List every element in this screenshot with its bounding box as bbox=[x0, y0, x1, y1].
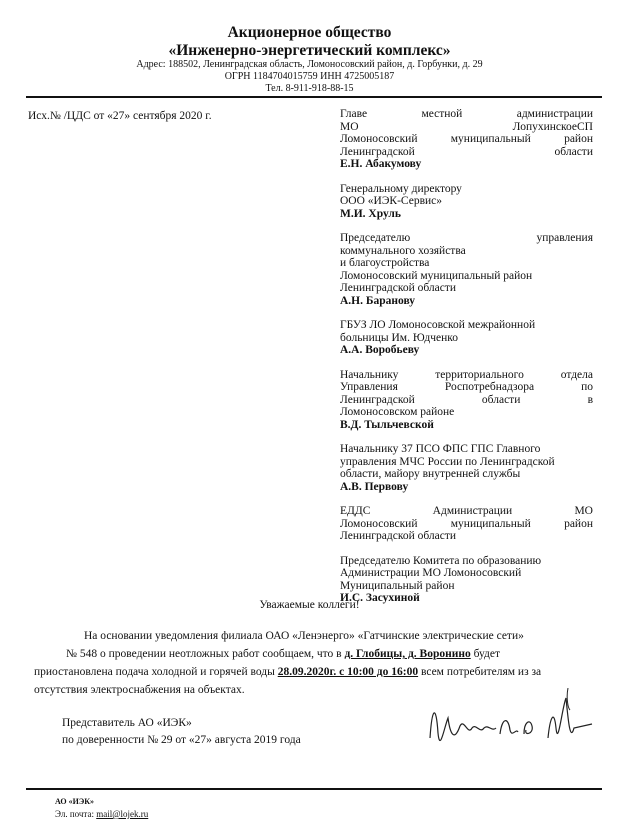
outgoing-number: Исх.№ /ЦДС от «27» сентября 2020 г. bbox=[28, 110, 212, 122]
body-line-2: № 548 о проведении неотложных работ сооб… bbox=[34, 645, 594, 663]
body-text: будет bbox=[471, 648, 500, 660]
addressee-line: Председателю Комитета по образованию bbox=[340, 555, 593, 568]
addressee-line: Ломоносовский муниципальный район bbox=[340, 270, 593, 283]
addressee-name: Е.Н. Абакумову bbox=[340, 158, 593, 171]
addressee-line: Ломоносовском районе bbox=[340, 406, 593, 419]
addressee-line: Ленинградской области bbox=[340, 530, 593, 543]
addressee-line: Начальнику 37 ПСО ФПС ГПС Главного bbox=[340, 443, 593, 456]
addressee-line: и благоустройства bbox=[340, 257, 593, 270]
greeting: Уважаемые коллеги! bbox=[0, 599, 619, 611]
addressee-line: Генеральному директору bbox=[340, 183, 593, 196]
addressee-block: Генеральному директоруООО «ИЭК-Сервис»М.… bbox=[340, 183, 593, 221]
org-name-heading: «Инженерно-энергетический комплекс» bbox=[0, 42, 619, 60]
addressee-line: Ленинградской области в bbox=[340, 394, 593, 407]
addressee-line: Муниципальный район bbox=[340, 580, 593, 593]
addressee-line: МО ЛопухинскоеСП bbox=[340, 121, 593, 134]
addressee-line: больницы Им. Юдченко bbox=[340, 332, 593, 345]
addressee-block: Главе местной администрацииМО Лопухинско… bbox=[340, 108, 593, 171]
handwritten-signature bbox=[420, 688, 610, 768]
addressee-name: М.И. Хруль bbox=[340, 208, 593, 221]
addressee-line: Управления Роспотребнадзора по bbox=[340, 381, 593, 394]
addressee-block: Председателю управлениякоммунального хоз… bbox=[340, 232, 593, 307]
footer-email-line: Эл. почта: mail@lojek.ru bbox=[55, 808, 148, 820]
footer: АО «ИЭК» Эл. почта: mail@lojek.ru bbox=[55, 796, 148, 820]
addressee-line: Ломоносовский муниципальный район bbox=[340, 133, 593, 146]
addressee-block: Начальнику 37 ПСО ФПС ГПС Главногоуправл… bbox=[340, 443, 593, 493]
addressee-line: ЕДДС Администрации МО bbox=[340, 505, 593, 518]
addressee-line: управления МЧС России по Ленинградской bbox=[340, 456, 593, 469]
addressee-line: ООО «ИЭК-Сервис» bbox=[340, 195, 593, 208]
org-type-heading: Акционерное общество bbox=[0, 24, 619, 42]
addressee-line: Администрации МО Ломоносовский bbox=[340, 567, 593, 580]
org-phone: Тел. 8-911-918-88-15 bbox=[0, 83, 619, 94]
email-link[interactable]: mail@lojek.ru bbox=[96, 809, 148, 819]
addressee-block: Председателю Комитета по образованиюАдми… bbox=[340, 555, 593, 605]
addressee-line: Председателю управления bbox=[340, 232, 593, 245]
addressee-line: ГБУЗ ЛО Ломоносовской межрайонной bbox=[340, 319, 593, 332]
footer-org: АО «ИЭК» bbox=[55, 796, 148, 808]
addressee-name: В.Д. Тыльчевской bbox=[340, 419, 593, 432]
villages-highlight: д. Глобицы, д. Воронино bbox=[344, 648, 470, 660]
representative-title: Представитель АО «ИЭК» bbox=[62, 715, 301, 732]
addressee-block: Начальнику территориального отделаУправл… bbox=[340, 369, 593, 432]
representative-block: Представитель АО «ИЭК» по доверенности №… bbox=[62, 715, 301, 749]
addressee-line: Ленинградской области bbox=[340, 146, 593, 159]
header-divider bbox=[26, 96, 602, 98]
footer-divider bbox=[26, 788, 602, 790]
body-text: приостановлена подача холодной и горячей… bbox=[34, 666, 278, 678]
addressee-line: области, майору внутренней службы bbox=[340, 468, 593, 481]
addressee-line: Начальнику территориального отдела bbox=[340, 369, 593, 382]
addressee-block: ГБУЗ ЛО Ломоносовской межрайоннойбольниц… bbox=[340, 319, 593, 357]
datetime-highlight: 28.09.2020г. с 10:00 до 16:00 bbox=[278, 666, 418, 678]
body-text: № 548 о проведении неотложных работ сооб… bbox=[66, 648, 344, 660]
body-text: всем потребителям из за bbox=[418, 666, 541, 678]
addressee-block: ЕДДС Администрации МОЛомоносовский муниц… bbox=[340, 505, 593, 543]
addressee-line: Главе местной администрации bbox=[340, 108, 593, 121]
addressee-line: Ленинградской области bbox=[340, 282, 593, 295]
addressee-name: А.В. Первову bbox=[340, 481, 593, 494]
representative-authority: по доверенности № 29 от «27» августа 201… bbox=[62, 732, 301, 749]
body-line-1: На основании уведомления филиала ОАО «Ле… bbox=[34, 627, 594, 645]
addressee-list: Главе местной администрацииМО Лопухинско… bbox=[340, 108, 593, 617]
org-registration: ОГРН 1184704015759 ИНН 4725005187 bbox=[0, 71, 619, 82]
email-label: Эл. почта: bbox=[55, 809, 96, 819]
org-address: Адрес: 188502, Ленинградская область, Ло… bbox=[0, 59, 619, 70]
addressee-name: А.А. Воробьеву bbox=[340, 344, 593, 357]
addressee-name: А.Н. Баранову bbox=[340, 295, 593, 308]
body-line-3: приостановлена подача холодной и горячей… bbox=[34, 663, 594, 681]
addressee-line: Ломоносовский муниципальный район bbox=[340, 518, 593, 531]
addressee-line: коммунального хозяйства bbox=[340, 245, 593, 258]
